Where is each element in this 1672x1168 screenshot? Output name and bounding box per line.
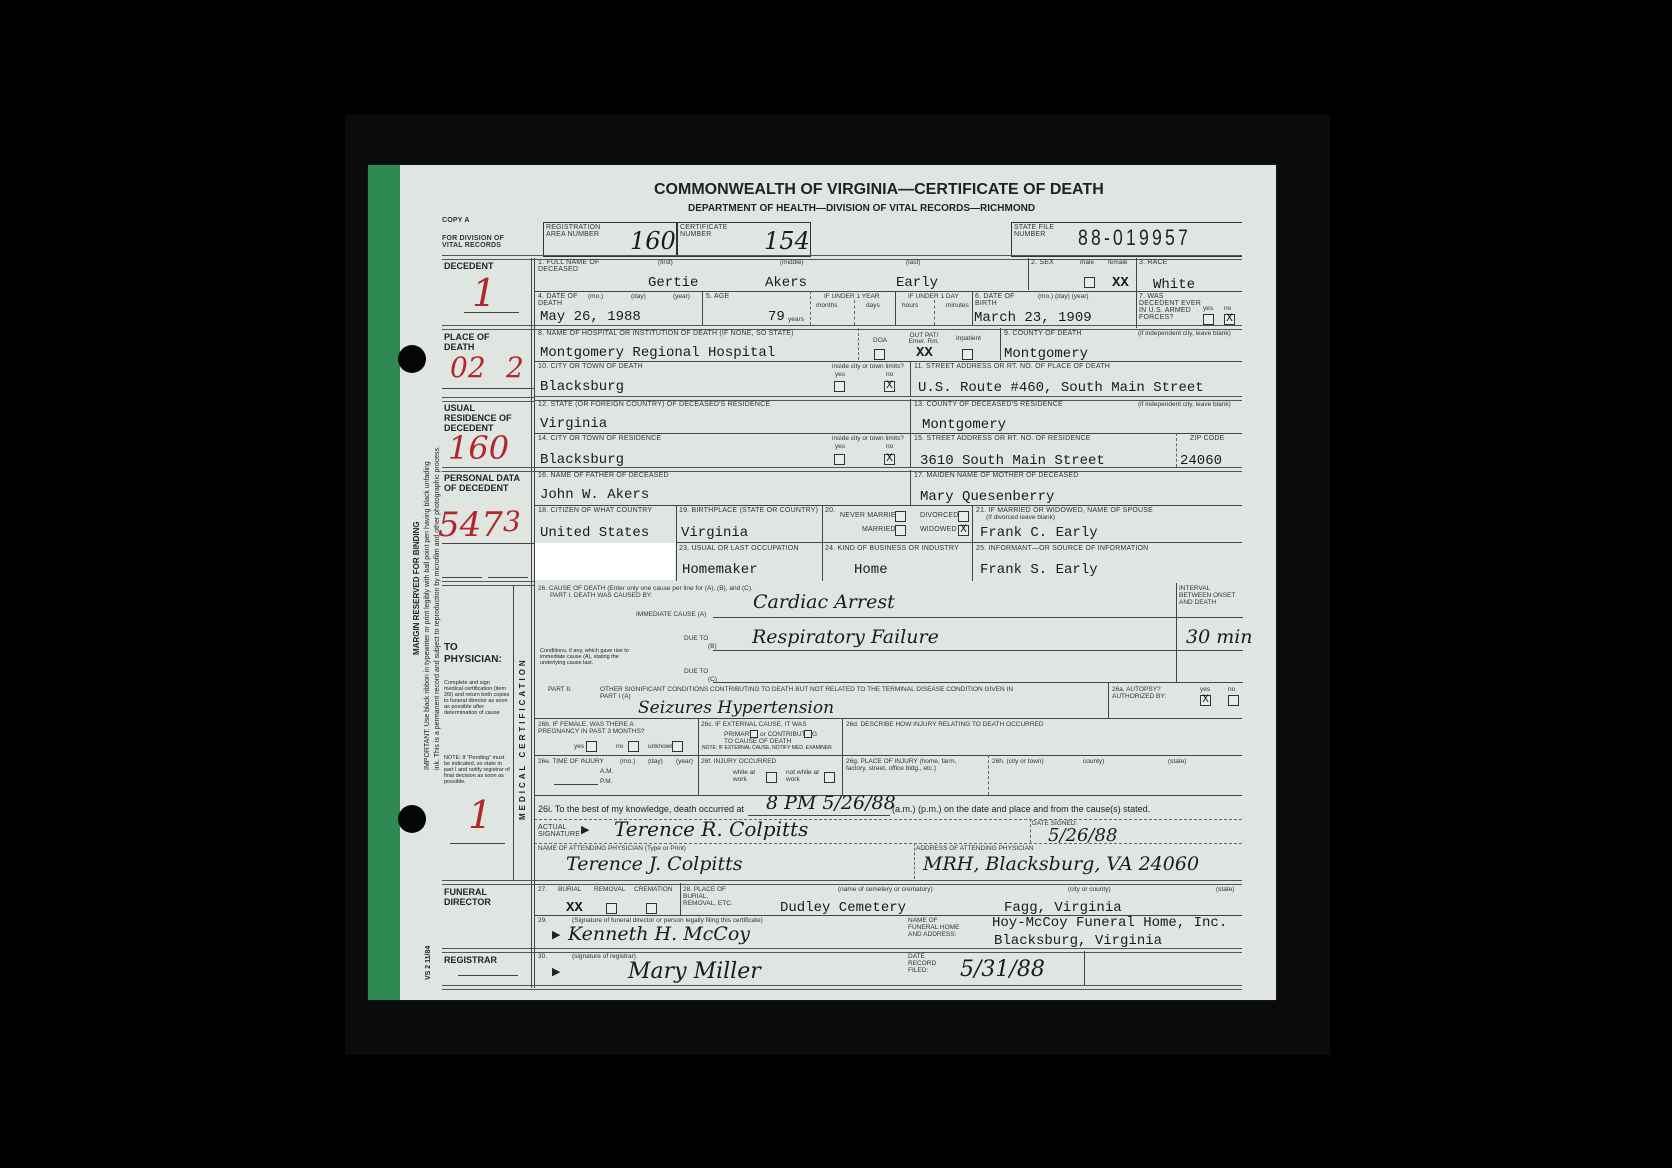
divider: [842, 718, 843, 796]
divider: [450, 843, 505, 844]
hospital-value: Montgomery Regional Hospital: [540, 345, 775, 361]
autopsy-yes-checkbox[interactable]: X: [1200, 695, 1211, 706]
death-inside-limits-yes[interactable]: [834, 381, 845, 392]
burial-mark: XX: [566, 900, 583, 916]
county-of-death-value: Montgomery: [1004, 346, 1088, 362]
city-residence-value: Blacksburg: [540, 452, 624, 468]
divider: [713, 682, 1243, 683]
divider: [534, 361, 1242, 362]
divider: [442, 543, 534, 544]
divider: [854, 300, 855, 325]
arrow-right-icon: ▶: [552, 965, 560, 978]
contributing-checkbox[interactable]: [804, 730, 812, 738]
widowed-checkbox[interactable]: X: [958, 525, 969, 536]
division-label: FOR DIVISION OF VITAL RECORDS: [442, 235, 526, 249]
divider: [910, 433, 911, 467]
divider: [1084, 951, 1085, 985]
divider: [895, 291, 896, 325]
divider: [910, 470, 911, 505]
divider: [1028, 258, 1029, 290]
physician-name-value: Terence J. Colpitts: [566, 853, 742, 875]
code-place-a: 02: [450, 351, 486, 384]
divider: [458, 975, 518, 976]
conditions-note: Conditions, if any, which gave rise to i…: [540, 648, 644, 666]
married-checkbox[interactable]: [895, 525, 906, 536]
divider: [1108, 683, 1109, 718]
divider: [534, 258, 535, 985]
citizen-value: United States: [540, 525, 649, 541]
form-code: VS 2 11/84: [425, 946, 432, 980]
county-residence-value: Montgomery: [922, 417, 1006, 433]
divider: [442, 577, 482, 578]
funeral-director-signature: Kenneth H. McCoy: [568, 923, 750, 945]
redacted-field: [535, 543, 675, 580]
industry-value: Home: [854, 562, 888, 578]
street-of-death-value: U.S. Route #460, South Main Street: [918, 380, 1204, 396]
death-certificate: MARGIN RESERVED FOR BINDING IMPORTANT: U…: [368, 165, 1276, 1000]
divider: [858, 328, 859, 360]
last-name-value: Early: [896, 275, 938, 291]
divider: [534, 291, 1242, 292]
divider: [464, 312, 519, 313]
pregnancy-unknown-checkbox[interactable]: [672, 741, 683, 752]
code-decedent: 1: [472, 271, 496, 315]
divider: [988, 755, 989, 795]
divider: [442, 985, 1242, 990]
state-residence-value: Virginia: [540, 416, 607, 432]
divider: [910, 399, 911, 433]
punch-hole-icon: [398, 805, 426, 833]
copy-label: COPY A: [442, 217, 470, 224]
divider: [534, 433, 1242, 434]
divider: [934, 300, 935, 325]
father-value: John W. Akers: [540, 487, 649, 503]
certificate-title: COMMONWEALTH OF VIRGINIA—CERTIFICATE OF …: [654, 181, 1104, 199]
section-to-physician: TO PHYSICIAN:: [444, 642, 514, 666]
physician-address-value: MRH, Blacksburg, VA 24060: [923, 853, 1199, 875]
divider: [1000, 328, 1001, 360]
medical-certification-label: MEDICAL CERTIFICATION: [518, 657, 527, 820]
outpatient-mark: XX: [916, 345, 933, 361]
divider: [513, 585, 514, 880]
divider: [442, 388, 534, 389]
code-residence: 160: [448, 429, 509, 467]
spouse-value: Frank C. Early: [980, 525, 1098, 541]
date-filed-value: 5/31/88: [960, 957, 1045, 982]
section-personal-data: PERSONAL DATA OF DECEDENT: [444, 473, 524, 493]
divider: [713, 617, 1243, 618]
section-registrar: REGISTRAR: [444, 955, 497, 965]
divider: [442, 467, 534, 472]
divider: [914, 843, 915, 879]
mother-value: Mary Quesenberry: [920, 489, 1054, 505]
divider: [713, 650, 1243, 651]
divider: [676, 542, 1242, 543]
residence-inside-limits-no[interactable]: X: [884, 454, 895, 465]
important-note-1: IMPORTANT: Use black ribbon in typewrite…: [424, 461, 431, 770]
birthplace-value: Virginia: [681, 525, 748, 541]
armed-forces-no-checkbox[interactable]: X: [1224, 314, 1235, 325]
interval-b-value: 30 min: [1186, 626, 1253, 648]
divider: [534, 505, 1242, 506]
divider: [1136, 258, 1137, 328]
section-place-of-death: PLACE OF DEATH: [444, 332, 514, 352]
cause-b-value: Respiratory Failure: [752, 626, 939, 648]
divider: [676, 505, 677, 581]
arrow-right-icon: ▶: [581, 823, 589, 836]
date-of-birth-value: March 23, 1909: [974, 310, 1092, 326]
first-name-value: Gertie: [648, 275, 698, 291]
divider: [442, 325, 534, 330]
part2-value: Seizures Hypertension: [638, 698, 834, 718]
arrow-right-icon: ▶: [552, 928, 560, 941]
autopsy-no-checkbox[interactable]: [1228, 695, 1239, 706]
physician-signature: Terence R. Colpitts: [614, 817, 808, 841]
certificate-number: 154: [764, 227, 810, 255]
funeral-home-city: Blacksburg, Virginia: [994, 933, 1162, 949]
occupation-value: Homemaker: [682, 562, 758, 578]
important-note-2: ink. This is a permanent record and subj…: [434, 446, 441, 770]
divider: [822, 505, 823, 581]
middle-name-value: Akers: [765, 275, 807, 291]
primary-checkbox[interactable]: [750, 730, 758, 738]
death-inside-limits-no[interactable]: X: [884, 381, 895, 392]
not-while-at-work-checkbox[interactable]: [824, 772, 835, 783]
pregnancy-yes-checkbox[interactable]: [586, 741, 597, 752]
divider: [910, 361, 911, 397]
divider: [534, 755, 1242, 756]
state-file-number: 88-019957: [1078, 225, 1191, 251]
informant-value: Frank S. Early: [980, 562, 1098, 578]
divider: [810, 291, 811, 325]
city-of-death-value: Blacksburg: [540, 379, 624, 395]
certificate-subtitle: DEPARTMENT OF HEALTH—DIVISION OF VITAL R…: [688, 203, 1035, 214]
cemetery-location-value: Fagg, Virginia: [1004, 900, 1122, 916]
divorced-checkbox[interactable]: [958, 511, 969, 522]
doa-checkbox[interactable]: [874, 349, 885, 360]
divider: [972, 291, 973, 325]
section-decedent: DECEDENT: [444, 261, 494, 271]
sex-male-checkbox[interactable]: [1084, 277, 1095, 288]
divider: [1176, 433, 1177, 467]
divider: [442, 397, 534, 402]
while-at-work-checkbox[interactable]: [766, 772, 777, 783]
funeral-home-name: Hoy-McCoy Funeral Home, Inc.: [992, 915, 1227, 931]
code-personal-a: 547: [438, 505, 503, 545]
divider: [531, 258, 532, 988]
registration-area-number: 160: [630, 227, 676, 255]
code-medical: 1: [468, 793, 492, 837]
divider: [488, 577, 528, 578]
green-binding-stripe: [368, 165, 400, 1000]
divider: [680, 883, 681, 915]
divider: [702, 291, 703, 325]
sex-female-mark: XX: [1112, 275, 1129, 291]
divider: [534, 718, 1242, 719]
armed-forces-yes-checkbox[interactable]: [1203, 314, 1214, 325]
divider: [442, 880, 1242, 885]
never-married-checkbox[interactable]: [895, 511, 906, 522]
removal-checkbox[interactable]: [606, 903, 617, 914]
divider: [554, 784, 598, 785]
divider: [1030, 819, 1031, 843]
physician-instructions: Complete and sign medical certification …: [444, 680, 510, 716]
section-funeral-director: FUNERAL DIRECTOR: [444, 887, 524, 907]
divider: [698, 718, 699, 796]
inpatient-checkbox[interactable]: [962, 349, 973, 360]
code-place-b: 2: [506, 351, 524, 384]
binding-margin-label: MARGIN RESERVED FOR BINDING: [412, 521, 421, 655]
pending-note: NOTE: If "Pending" must be indicated, so…: [444, 755, 510, 785]
divider: [1176, 583, 1177, 683]
pregnancy-no-checkbox[interactable]: [628, 741, 639, 752]
time-of-death-value: 8 PM 5/26/88: [766, 792, 896, 814]
date-of-death-value: May 26, 1988: [540, 309, 641, 325]
code-personal-b: 3: [503, 505, 521, 538]
cemetery-value: Dudley Cemetery: [780, 900, 906, 916]
divider: [534, 843, 1242, 844]
divider: [748, 815, 890, 816]
cause-a-value: Cardiac Arrest: [753, 591, 895, 613]
age-value: 79: [768, 309, 785, 325]
divider: [972, 505, 973, 581]
residence-inside-limits-yes[interactable]: [834, 454, 845, 465]
divider: [442, 581, 534, 586]
punch-hole-icon: [398, 345, 426, 373]
cremation-checkbox[interactable]: [646, 903, 657, 914]
registrar-signature: Mary Miller: [628, 959, 761, 984]
